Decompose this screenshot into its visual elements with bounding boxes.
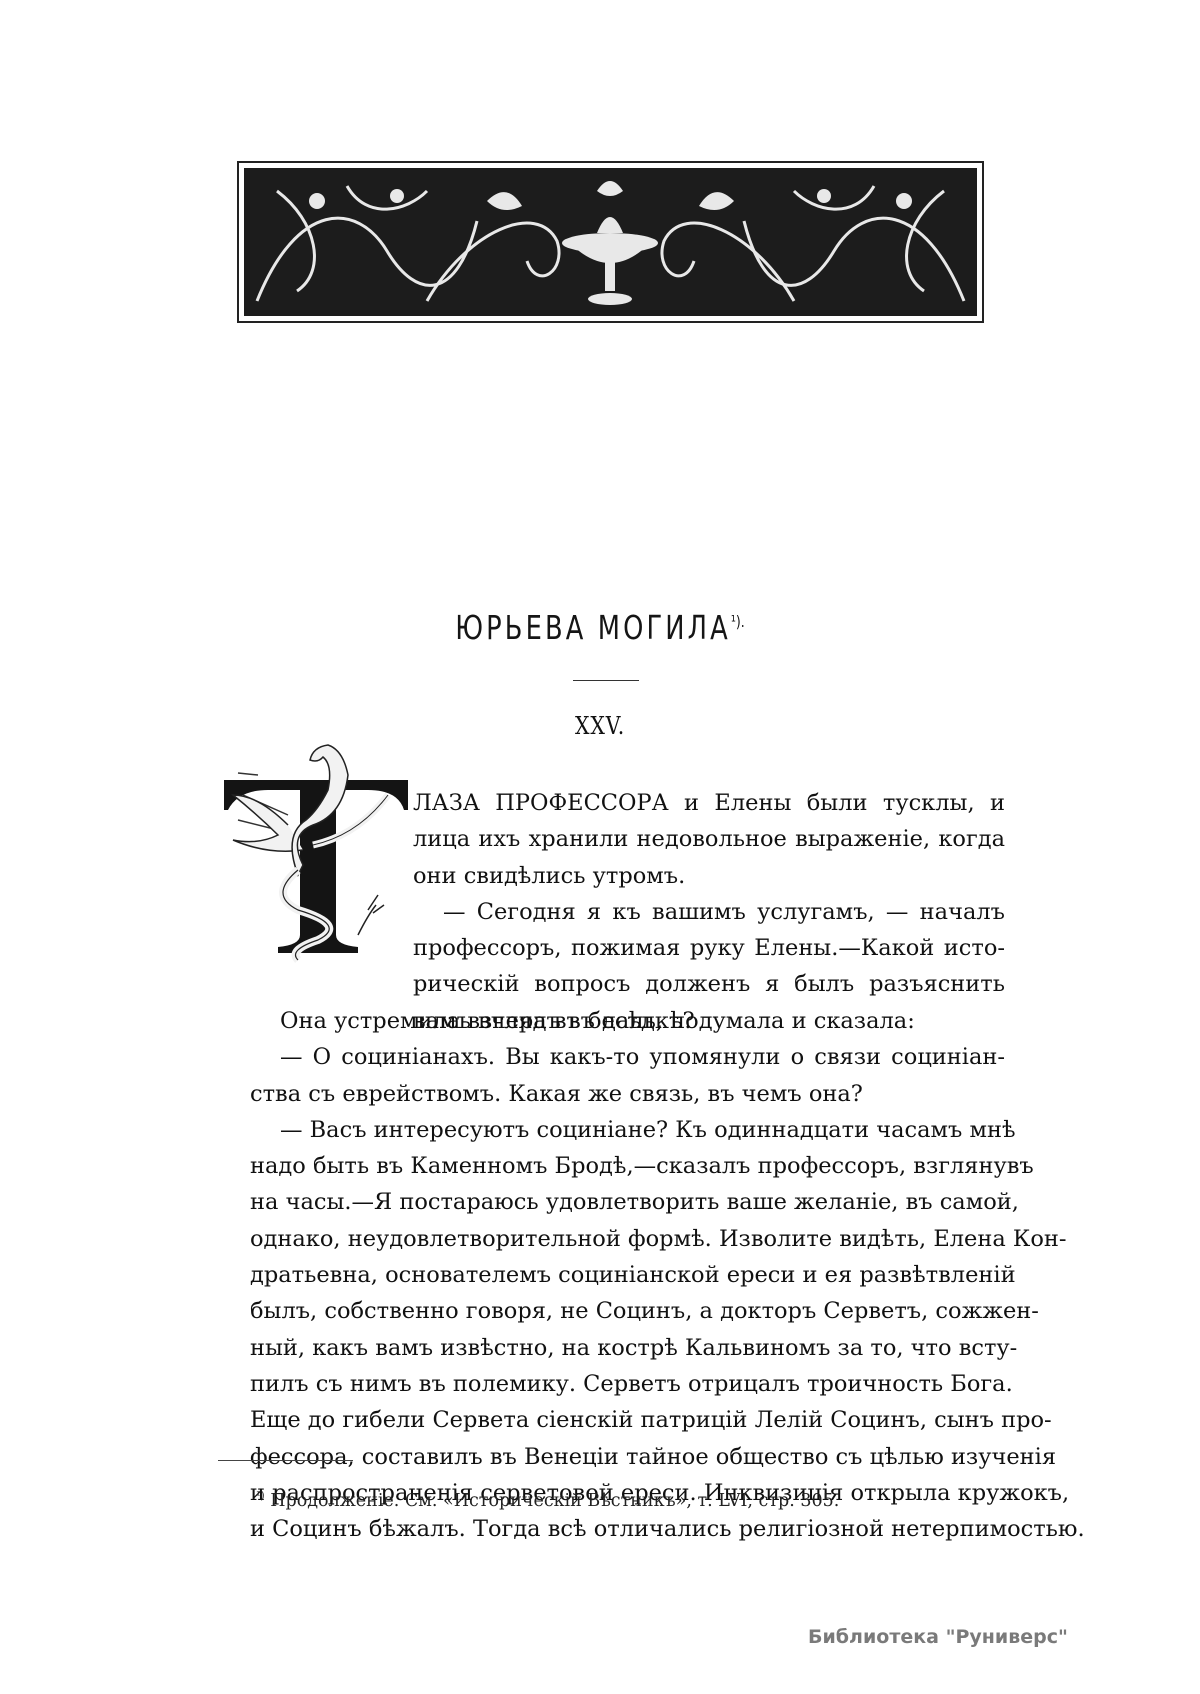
text-line: дратьевна, основателемъ социніанской ере… — [250, 1257, 1005, 1293]
ornament-icon — [237, 161, 984, 323]
library-watermark: Библиотека "Руниверс" — [808, 1626, 1068, 1648]
text-line: былъ, собственно говоря, не Социнъ, а до… — [250, 1293, 1005, 1329]
text-line: — Васъ интересуютъ социніане? Къ одиннад… — [250, 1112, 1005, 1148]
footnote: ¹) Продолженіе. См. «Историческій Вѣстни… — [256, 1489, 839, 1511]
drop-cap-initial — [218, 735, 418, 965]
footnote-mark: ¹) — [256, 1489, 265, 1502]
text-line: рическій вопросъ долженъ я былъ разъясни… — [413, 966, 1005, 1002]
text-line: профессоръ, пожимая руку Елены.—Какой ис… — [413, 930, 1005, 966]
text-line: они свидѣлись утромъ. — [413, 858, 1005, 894]
text-line: ЛАЗА ПРОФЕССОРА и Елены были тусклы, и — [413, 785, 1005, 821]
text-line: на часы.—Я постараюсь удовлетворить ваше… — [250, 1184, 1005, 1220]
text-line: — Сегодня я къ вашимъ услугамъ, — началъ — [413, 894, 1005, 930]
page-title: ЮРЬЕВА МОГИЛА¹). — [132, 608, 1068, 647]
text-line: Еще до гибели Сервета сіенскій патрицій … — [250, 1402, 1005, 1438]
text-line: ный, какъ вамъ извѣстно, на кострѣ Кальв… — [250, 1330, 1005, 1366]
footnote-text: Продолженіе. См. «Историческій Вѣстникъ»… — [270, 1491, 839, 1511]
text-line: Она устремила взглядъ въ даль, подумала … — [250, 1003, 1005, 1039]
text-line: однако, неудовлетворительной формѣ. Изво… — [250, 1221, 1005, 1257]
text-line: фессора, составилъ въ Венеціи тайное общ… — [250, 1439, 1005, 1475]
text-line: и Социнъ бѣжалъ. Тогда всѣ отличались ре… — [250, 1511, 1005, 1547]
ornamental-headpiece — [237, 161, 984, 323]
text-line: пилъ съ нимъ въ полемику. Серветъ отрица… — [250, 1366, 1005, 1402]
text-line: надо быть въ Каменномъ Бродѣ,—сказалъ пр… — [250, 1148, 1005, 1184]
dragon-drop-cap-icon — [218, 735, 418, 965]
title-text: ЮРЬЕВА МОГИЛА — [455, 608, 731, 647]
text-line: — О социніанахъ. Вы какъ-то упомянули о … — [250, 1039, 1005, 1075]
title-divider — [573, 680, 639, 681]
body-text: Она устремила взглядъ въ даль, подумала … — [250, 1003, 1005, 1547]
opening-paragraph: ЛАЗА ПРОФЕССОРА и Елены были тусклы, и л… — [413, 785, 1005, 1039]
text-line: ства съ еврействомъ. Какая же связь, въ … — [250, 1076, 1005, 1112]
footnote-divider — [218, 1460, 353, 1461]
title-footnote-mark: ¹). — [731, 612, 745, 631]
text-line: лица ихъ хранили недовольное выраженіе, … — [413, 821, 1005, 857]
